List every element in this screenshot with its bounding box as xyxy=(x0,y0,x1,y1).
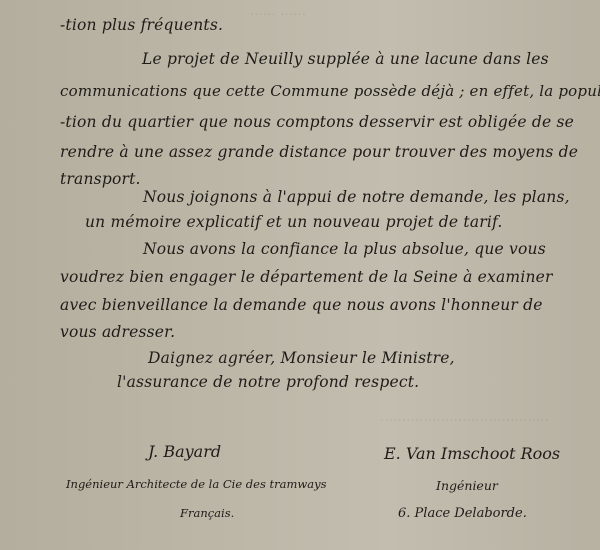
bleed-through-text: ………………………………… xyxy=(380,410,549,425)
body-line: communications que cette Commune possède… xyxy=(60,82,600,100)
body-line: vous adresser. xyxy=(60,323,175,341)
signature-name: E. Van Imschoot Roos xyxy=(384,444,560,463)
signature-name: J. Bayard xyxy=(148,442,221,461)
closing-line: Daignez agréer, Monsieur le Ministre, xyxy=(148,349,455,367)
body-line: Le projet de Neuilly supplée à une lacun… xyxy=(142,50,549,68)
body-line: Nous joignons à l'appui de notre demande… xyxy=(143,188,570,206)
body-line: avec bienveillance la demande que nous a… xyxy=(60,296,543,314)
signature-address: 6. Place Delaborde. xyxy=(398,506,527,521)
body-line: voudrez bien engager le département de l… xyxy=(60,268,553,286)
body-line: transport. xyxy=(60,170,141,188)
signature-title: Français. xyxy=(180,506,234,520)
body-line: un mémoire explicatif et un nouveau proj… xyxy=(85,213,503,231)
bleed-through-text: …… …… xyxy=(250,4,306,19)
signature-title: Ingénieur Architecte de la Cie des tramw… xyxy=(66,477,327,491)
body-line: -tion plus fréquents. xyxy=(60,16,223,34)
closing-line: l'assurance de notre profond respect. xyxy=(117,373,419,391)
body-line: rendre à une assez grande distance pour … xyxy=(60,143,578,161)
body-line: -tion du quartier que nous comptons dess… xyxy=(60,113,574,131)
letter-page: …… …… ………………………………… -tion plus fréquents… xyxy=(0,0,600,550)
body-line: Nous avons la confiance la plus absolue,… xyxy=(143,240,546,258)
signature-title: Ingénieur xyxy=(436,478,498,493)
